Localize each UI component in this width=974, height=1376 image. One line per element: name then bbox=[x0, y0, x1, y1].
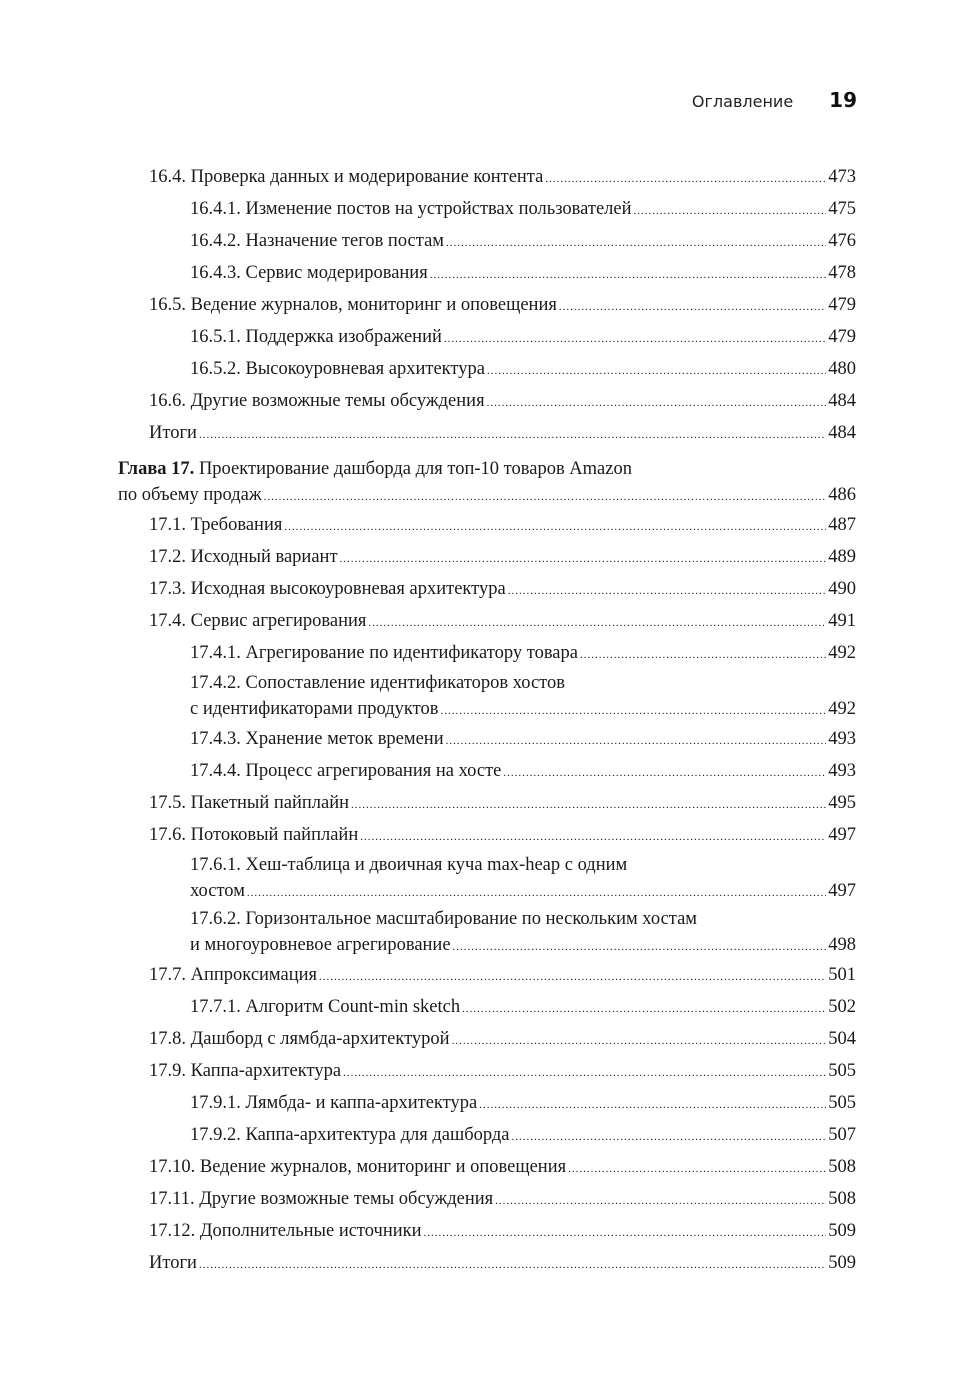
dot-leader bbox=[351, 790, 826, 820]
toc-entry[interactable]: 16.4. Проверка данных и модерирование ко… bbox=[118, 162, 856, 194]
entry-number: 16.6. bbox=[149, 391, 186, 411]
entry-page: 497 bbox=[828, 820, 856, 850]
entry-page: 497 bbox=[828, 878, 856, 904]
toc-entry[interactable]: 17.10. Ведение журналов, мониторинг и оп… bbox=[118, 1152, 856, 1184]
entry-title: Требования bbox=[191, 515, 283, 535]
entry-number: 17.5. bbox=[149, 793, 186, 813]
entry-title: Высокоуровневая архитектура bbox=[246, 359, 485, 379]
entry-number: 16.4.1. bbox=[190, 199, 241, 219]
dot-leader bbox=[503, 758, 826, 788]
entry-number: 17.4.1. bbox=[190, 643, 241, 663]
entry-title: Аппроксимация bbox=[191, 965, 317, 985]
entry-page: 492 bbox=[828, 696, 856, 722]
dot-leader bbox=[634, 196, 827, 226]
entry-page: 493 bbox=[828, 756, 856, 786]
toc-entry[interactable]: 16.4.2. Назначение тегов постам476 bbox=[118, 226, 856, 258]
running-head: Оглавление 19 bbox=[692, 88, 857, 112]
entry-page: 487 bbox=[828, 510, 856, 540]
entry-number: 17.7.1. bbox=[190, 997, 241, 1017]
entry-number: 17.8. bbox=[149, 1029, 186, 1049]
entry-title: Пакетный пайплайн bbox=[191, 793, 349, 813]
entry-number: 17.11. bbox=[149, 1189, 195, 1209]
entry-title: Хранение меток времени bbox=[246, 729, 444, 749]
entry-title: Итоги bbox=[149, 1253, 197, 1273]
entry-number: 16.4.3. bbox=[190, 263, 241, 283]
entry-page: 479 bbox=[828, 290, 856, 320]
entry-title: Каппа-архитектура bbox=[191, 1061, 341, 1081]
entry-title: Исходная высокоуровневая архитектура bbox=[191, 579, 506, 599]
entry-number: 17.6.1. bbox=[190, 855, 241, 875]
entry-number: 17.9. bbox=[149, 1061, 186, 1081]
toc-entry[interactable]: 17.6. Потоковый пайплайн497 bbox=[118, 820, 856, 852]
entry-number: 16.5. bbox=[149, 295, 186, 315]
dot-leader bbox=[199, 420, 826, 450]
entry-page: 505 bbox=[828, 1088, 856, 1118]
entry-title: Поддержка изображений bbox=[246, 327, 442, 347]
entry-title: Дашборд с лямбда-архитектурой bbox=[191, 1029, 450, 1049]
entry-page: 507 bbox=[828, 1120, 856, 1150]
entry-page: 475 bbox=[828, 194, 856, 224]
dot-leader bbox=[446, 228, 826, 258]
entry-page: 491 bbox=[828, 606, 856, 636]
toc-entry[interactable]: 17.9.2. Каппа-архитектура для дашборда50… bbox=[118, 1120, 856, 1152]
toc-entry[interactable]: 16.6. Другие возможные темы обсуждения48… bbox=[118, 386, 856, 418]
entry-number: 16.4.2. bbox=[190, 231, 241, 251]
entry-title: Горизонтальное масштабирование по нескол… bbox=[246, 909, 698, 929]
toc-entry[interactable]: 17.8. Дашборд с лямбда-архитектурой504 bbox=[118, 1024, 856, 1056]
toc-entry[interactable]: 17.4.1. Агрегирование по идентификатору … bbox=[118, 638, 856, 670]
entry-number: 17.4.3. bbox=[190, 729, 241, 749]
dot-leader bbox=[508, 576, 827, 606]
toc-entry[interactable]: Итоги484 bbox=[118, 418, 856, 450]
dot-leader bbox=[568, 1154, 826, 1184]
toc-entry[interactable]: 16.5. Ведение журналов, мониторинг и опо… bbox=[118, 290, 856, 322]
dot-leader bbox=[340, 544, 827, 574]
entry-title: Сервис модерирования bbox=[246, 263, 428, 283]
entry-number: 17.4.4. bbox=[190, 761, 241, 781]
toc-entry[interactable]: 17.12. Дополнительные источники509 bbox=[118, 1216, 856, 1248]
dot-leader bbox=[444, 324, 826, 354]
entry-page: 501 bbox=[828, 960, 856, 990]
dot-leader bbox=[440, 698, 826, 724]
entry-number: 17.9.1. bbox=[190, 1093, 241, 1113]
toc-entry[interactable]: 17.9. Каппа-архитектура505 bbox=[118, 1056, 856, 1088]
dot-leader bbox=[368, 608, 826, 638]
toc-section-17: 17.1. Требования48717.2. Исходный вариан… bbox=[118, 510, 856, 1280]
dot-leader bbox=[487, 388, 827, 418]
entry-title: Проверка данных и модерирование контента bbox=[191, 167, 544, 187]
entry-page: 504 bbox=[828, 1024, 856, 1054]
entry-page: 492 bbox=[828, 638, 856, 668]
entry-title: Исходный вариант bbox=[191, 547, 338, 567]
dot-leader bbox=[264, 484, 827, 510]
toc-entry[interactable]: 17.4.3. Хранение меток времени493 bbox=[118, 724, 856, 756]
dot-leader bbox=[545, 164, 826, 194]
entry-title: Другие возможные темы обсуждения bbox=[191, 391, 485, 411]
toc-entry[interactable]: 16.4.1. Изменение постов на устройствах … bbox=[118, 194, 856, 226]
entry-title: Другие возможные темы обсуждения bbox=[199, 1189, 493, 1209]
running-head-title: Оглавление bbox=[692, 92, 793, 111]
dot-leader bbox=[319, 962, 826, 992]
toc-entry[interactable]: 17.11. Другие возможные темы обсуждения5… bbox=[118, 1184, 856, 1216]
entry-page: 489 bbox=[828, 542, 856, 572]
table-of-contents: 16.4. Проверка данных и модерирование ко… bbox=[118, 162, 856, 1280]
entry-title: Итоги bbox=[149, 423, 197, 443]
entry-page: 505 bbox=[828, 1056, 856, 1086]
entry-number: 17.2. bbox=[149, 547, 186, 567]
chapter-label: Глава 17. bbox=[118, 459, 194, 479]
chapter-title-line2: по объему продаж bbox=[118, 482, 262, 508]
entry-title: Хеш-таблица и двоичная куча max-heap с о… bbox=[246, 855, 628, 875]
entry-title: Ведение журналов, мониторинг и оповещени… bbox=[200, 1157, 566, 1177]
dot-leader bbox=[487, 356, 826, 386]
toc-entry[interactable]: 17.1. Требования487 bbox=[118, 510, 856, 542]
entry-page: 478 bbox=[828, 258, 856, 288]
entry-page: 509 bbox=[828, 1248, 856, 1278]
dot-leader bbox=[453, 934, 827, 960]
entry-title: Сопоставление идентификаторов хостов bbox=[246, 673, 566, 693]
entry-number: 17.6. bbox=[149, 825, 186, 845]
page-number: 19 bbox=[829, 88, 857, 112]
toc-entry[interactable]: 17.2. Исходный вариант489 bbox=[118, 542, 856, 574]
toc-entry[interactable]: 16.4.3. Сервис модерирования478 bbox=[118, 258, 856, 290]
entry-number: 17.6.2. bbox=[190, 909, 241, 929]
entry-title: Изменение постов на устройствах пользова… bbox=[246, 199, 632, 219]
entry-title-line2: и многоуровневое агрегирование bbox=[190, 932, 451, 958]
dot-leader bbox=[495, 1186, 826, 1216]
entry-page: 476 bbox=[828, 226, 856, 256]
entry-number: 17.7. bbox=[149, 965, 186, 985]
entry-title: Назначение тегов постам bbox=[246, 231, 445, 251]
toc-entry[interactable]: 17.9.1. Лямбда- и каппа-архитектура505 bbox=[118, 1088, 856, 1120]
toc-entry[interactable]: 17.4. Сервис агрегирования491 bbox=[118, 606, 856, 638]
entry-page: 479 bbox=[828, 322, 856, 352]
entry-page: 484 bbox=[828, 386, 856, 416]
dot-leader bbox=[559, 292, 826, 322]
entry-page: 508 bbox=[828, 1184, 856, 1214]
dot-leader bbox=[430, 260, 827, 290]
entry-number: 16.5.2. bbox=[190, 359, 241, 379]
entry-page: 493 bbox=[828, 724, 856, 754]
dot-leader bbox=[199, 1250, 826, 1280]
entry-number: 17.12. bbox=[149, 1221, 195, 1241]
toc-entry[interactable]: 17.4.4. Процесс агрегирования на хосте49… bbox=[118, 756, 856, 788]
dot-leader bbox=[580, 640, 826, 670]
entry-page: 490 bbox=[828, 574, 856, 604]
toc-entry[interactable]: 17.4.2. Сопоставление идентификаторов хо… bbox=[118, 670, 856, 724]
chapter-page: 486 bbox=[828, 482, 856, 508]
entry-title: Агрегирование по идентификатору товара bbox=[246, 643, 578, 663]
entry-number: 17.3. bbox=[149, 579, 186, 599]
chapter-title-line1: Проектирование дашборда для топ-10 товар… bbox=[199, 459, 632, 479]
toc-entry[interactable]: 17.3. Исходная высокоуровневая архитекту… bbox=[118, 574, 856, 606]
dot-leader bbox=[452, 1026, 827, 1056]
entry-number: 16.4. bbox=[149, 167, 186, 187]
entry-title: Дополнительные источники bbox=[200, 1221, 422, 1241]
entry-page: 502 bbox=[828, 992, 856, 1022]
entry-title: Ведение журналов, мониторинг и оповещени… bbox=[191, 295, 557, 315]
dot-leader bbox=[284, 512, 826, 542]
toc-entry[interactable]: 16.5.2. Высокоуровневая архитектура480 bbox=[118, 354, 856, 386]
dot-leader bbox=[360, 822, 826, 852]
dot-leader bbox=[446, 726, 827, 756]
entry-title: Сервис агрегирования bbox=[191, 611, 367, 631]
entry-title: Лямбда- и каппа-архитектура bbox=[246, 1093, 478, 1113]
toc-entry[interactable]: 17.7.1. Алгоритм Count-min sketch502 bbox=[118, 992, 856, 1024]
dot-leader bbox=[343, 1058, 826, 1088]
dot-leader bbox=[479, 1090, 826, 1120]
entry-number: 17.4. bbox=[149, 611, 186, 631]
entry-page: 473 bbox=[828, 162, 856, 192]
entry-title: Каппа-архитектура для дашборда bbox=[246, 1125, 510, 1145]
toc-entry[interactable]: Итоги509 bbox=[118, 1248, 856, 1280]
toc-entry[interactable]: 17.6.2. Горизонтальное масштабирование п… bbox=[118, 906, 856, 960]
dot-leader bbox=[512, 1122, 827, 1152]
dot-leader bbox=[462, 994, 826, 1024]
entry-number: 17.4.2. bbox=[190, 673, 241, 693]
dot-leader bbox=[424, 1218, 827, 1248]
entry-title-line2: с идентификаторами продуктов bbox=[190, 696, 438, 722]
entry-page: 508 bbox=[828, 1152, 856, 1182]
entry-title: Процесс агрегирования на хосте bbox=[246, 761, 502, 781]
entry-number: 17.9.2. bbox=[190, 1125, 241, 1145]
entry-title: Алгоритм Count-min sketch bbox=[246, 997, 461, 1017]
toc-entry[interactable]: 17.5. Пакетный пайплайн495 bbox=[118, 788, 856, 820]
toc-entry[interactable]: 16.5.1. Поддержка изображений479 bbox=[118, 322, 856, 354]
entry-title: Потоковый пайплайн bbox=[191, 825, 359, 845]
toc-section-16: 16.4. Проверка данных и модерирование ко… bbox=[118, 162, 856, 450]
entry-page: 495 bbox=[828, 788, 856, 818]
toc-entry[interactable]: 17.7. Аппроксимация501 bbox=[118, 960, 856, 992]
entry-title-line2: хостом bbox=[190, 878, 245, 904]
entry-page: 480 bbox=[828, 354, 856, 384]
entry-page: 484 bbox=[828, 418, 856, 448]
entry-number: 17.10. bbox=[149, 1157, 195, 1177]
entry-number: 17.1. bbox=[149, 515, 186, 535]
dot-leader bbox=[247, 880, 826, 906]
entry-number: 16.5.1. bbox=[190, 327, 241, 347]
entry-page: 509 bbox=[828, 1216, 856, 1246]
entry-page: 498 bbox=[828, 932, 856, 958]
toc-chapter-17[interactable]: Глава 17. Проектирование дашборда для то… bbox=[118, 456, 856, 510]
toc-entry[interactable]: 17.6.1. Хеш-таблица и двоичная куча max-… bbox=[118, 852, 856, 906]
